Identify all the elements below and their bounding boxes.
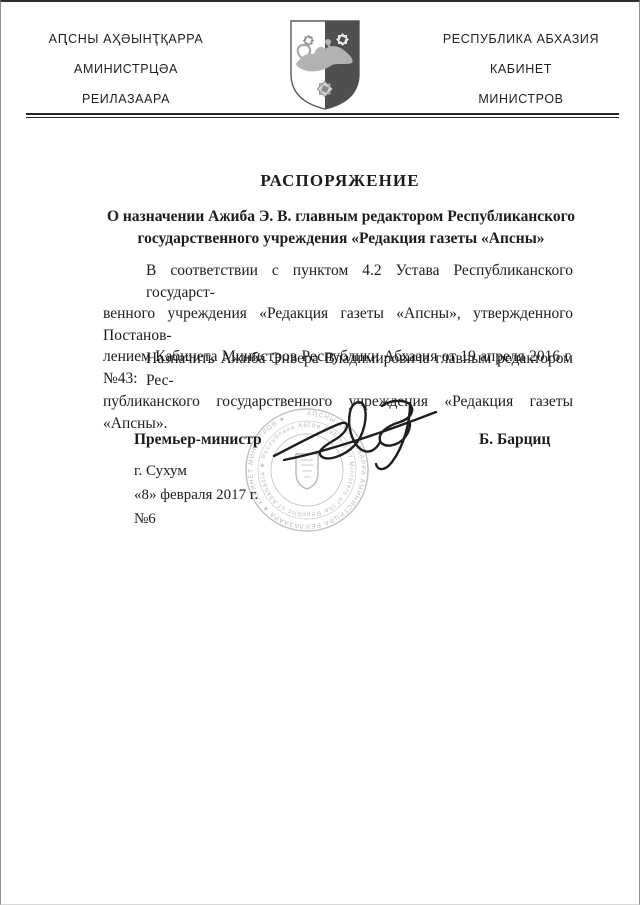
document-subject: О назначении Ажиба Э. В. главным редакто… <box>103 206 579 250</box>
document-date: «8» февраля 2017 г. <box>134 487 258 504</box>
header-divider <box>26 113 619 118</box>
subject-line: государственного учреждения «Редакция га… <box>103 228 579 250</box>
header-left-line: АԤСНЫ АҲӘЫНҬҚАРРА <box>30 24 222 54</box>
paragraph-line: Назначить Ажиба Энвера Владимировича гла… <box>103 348 573 391</box>
star-icon <box>336 33 349 46</box>
subject-line: О назначении Ажиба Э. В. главным редакто… <box>103 206 579 228</box>
paragraph-line: В соответствии с пунктом 4.2 Устава Респ… <box>103 260 573 303</box>
coat-of-arms-icon <box>288 18 362 112</box>
handwritten-signature <box>264 394 449 486</box>
signatory-name: Б. Барциц <box>479 431 550 449</box>
paragraph-line: венного учреждения «Редакция газеты «Апс… <box>103 303 573 346</box>
header-right-text: РЕСПУБЛИКА АБХАЗИЯ КАБИНЕТ МИНИСТРОВ <box>425 24 617 114</box>
header-left-text: АԤСНЫ АҲӘЫНҬҚАРРА АМИНИСТРЦӘА РЕИЛАЗААРА <box>30 24 222 114</box>
scanned-document-page: АԤСНЫ АҲӘЫНҬҚАРРА АМИНИСТРЦӘА РЕИЛАЗААРА <box>0 0 640 905</box>
header-right-line: РЕСПУБЛИКА АБХАЗИЯ <box>425 24 617 54</box>
star-icon <box>317 81 333 97</box>
document-title: РАСПОРЯЖЕНИЕ <box>105 171 575 191</box>
header-right-line: МИНИСТРОВ <box>425 84 617 114</box>
signatory-position: Премьер-министр <box>134 431 262 449</box>
header-left-line: АМИНИСТРЦӘА <box>30 54 222 84</box>
header-right-line: КАБИНЕТ <box>425 54 617 84</box>
header-left-line: РЕИЛАЗААРА <box>30 84 222 114</box>
document-city: г. Сухум <box>134 463 187 480</box>
document-number: №6 <box>134 511 156 528</box>
